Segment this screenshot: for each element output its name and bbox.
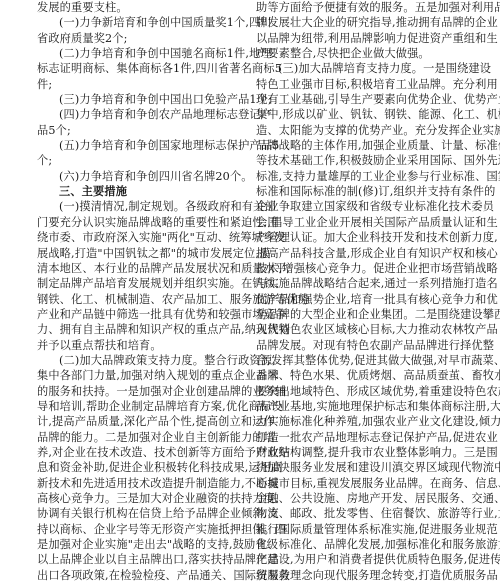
text-line: 门要充分认识实施品牌战略的重要性和紧迫性,围 bbox=[37, 215, 238, 230]
text-line: 产要素整合,尽快把企业做大做强。 bbox=[256, 46, 457, 61]
text-line: 养,对企业在技术改造、技术创新等方面给予财政贴 bbox=[37, 445, 238, 460]
text-line: 合,发挥其整体优势,促进其做大做强,对早市蔬菜、 bbox=[256, 353, 457, 368]
text-line: 协调有关银行机构在信贷上给予品牌企业倾斜,支 bbox=[37, 506, 238, 521]
text-line: 计,提高产品质量,深化产品个性,提高创立和运作 bbox=[37, 414, 238, 429]
text-line: 息和资金补助,促进企业积极转化科技成果,运用高 bbox=[37, 460, 238, 475]
text-line: 标准,支持力量雄厚的工业企业参与行业标准、国家 bbox=[256, 169, 457, 184]
text-line: 与实施品牌战略结合起来,通过一系列措施打造名 bbox=[256, 276, 457, 291]
text-line: 产业结构调整,提升我市农业整体影响力。三是围 bbox=[256, 445, 457, 460]
text-line: 以上品牌企业以自主品牌出口,落实扶持品牌产品 bbox=[37, 552, 238, 567]
text-line: 产管理认证。加大企业科技开发和技术创新力度, bbox=[256, 230, 457, 245]
document-page: 发展的重要支柱。(一)力争新培育和争创中国质量奖1个,四川省政府质量奖2个;(二… bbox=[0, 0, 500, 587]
text-line: 企业争取建立国家级和省级专业标准化技术委员 bbox=[256, 199, 457, 214]
left-text-column: 发展的重要支柱。(一)力争新培育和争创中国质量奖1个,四川省政府质量奖2个;(二… bbox=[37, 0, 238, 583]
text-line: 统服务理念向现代服务理念转变,打造优质服务品 bbox=[256, 568, 457, 583]
text-line: 打造一批农产品地理标志登记保护产品,促进农业 bbox=[256, 430, 457, 445]
section-heading: 三、主要措施 bbox=[37, 184, 238, 199]
text-line: 集中各部门力量,加强对纳入规划的重点企业品牌 bbox=[37, 368, 238, 383]
text-line: 要突出地域特色、形成区域优势,着重建设特色农产 bbox=[256, 384, 457, 399]
text-line: 高核心竞争力。三是加大对企业融资的扶持力度, bbox=[37, 491, 238, 506]
text-line: 出口各项政策,在检验检疫、产品通关、国际贸易救 bbox=[37, 568, 238, 583]
text-line: 的服务和扶持。一是加强对企业创建品牌的业务辅 bbox=[37, 384, 238, 399]
text-line: (一)力争新培育和争创中国质量奖1个,四川 bbox=[37, 15, 238, 30]
text-line: 持以商标、企业字号等无形资产实施抵押担保。四 bbox=[37, 522, 238, 537]
text-line: (三)力争培育和争创中国出口免验产品1个; bbox=[37, 92, 238, 107]
text-line: 品牌发展。对现有特色农副产品品牌进行择优整 bbox=[256, 338, 457, 353]
text-line: 力、拥有自主品牌和知识产权的重点产品,纳入规划 bbox=[37, 322, 238, 337]
text-line: 品产业基地,实施地理保护标志和集体商标注册,大 bbox=[256, 399, 457, 414]
text-line: 香米、特色水果、优质烤烟、高品质蚕茧、畜牧水产品 bbox=[256, 368, 457, 383]
text-line: (五)力争培育和争创国家地理标志保护产品5 bbox=[37, 138, 238, 153]
text-line: 优产品和强势企业,培育一批具有核心竞争力和优 bbox=[256, 292, 457, 307]
text-line: 力实施标准化种养殖,加强农业产业文化建设,倾力 bbox=[256, 414, 457, 429]
text-line: (二)加大品牌政策支持力度。整合行政资源, bbox=[37, 353, 238, 368]
text-line: 标志证明商标、集体商标各1件,四川省著名商标5 bbox=[37, 61, 238, 76]
text-line: 制定品牌产品培育发展规划并组织实施。在钒钛、 bbox=[37, 276, 238, 291]
text-line: 技术,增强核心竞争力。促进企业把市场营销战略 bbox=[256, 261, 457, 276]
text-line: 牌发展壮大企业的研究指导,推动拥有品牌的企业 bbox=[256, 15, 457, 30]
text-line: 现代特色农业区域核心目标,大力推动农林牧产品 bbox=[256, 322, 457, 337]
text-line: (四)力争培育和争创农产品地理标志登记产 bbox=[37, 107, 238, 122]
text-line: 特色工业强市目标,积极培育工业品牌。充分利用 bbox=[256, 77, 457, 92]
text-line: 导和培训,帮助企业制定品牌培育方案,优化商标设 bbox=[37, 399, 238, 414]
text-line: 新技术和先进适用技术改造提升制造能力,不断提 bbox=[37, 476, 238, 491]
text-line: 品5个; bbox=[37, 123, 238, 138]
text-line: 件; bbox=[37, 77, 238, 92]
text-line: 助等方面给予便捷有效的服务。五是加强对利用品 bbox=[256, 0, 457, 15]
right-text-column: 助等方面给予便捷有效的服务。五是加强对利用品牌发展壮大企业的研究指导,推动拥有品… bbox=[256, 0, 457, 583]
text-line: 集中,形成以矿业、钒钛、钢铁、能源、化工、机械制 bbox=[256, 107, 457, 122]
text-line: 绕市委、市政府深入实施"两化"互动、统筹城乡发 bbox=[37, 230, 238, 245]
text-line: 清本地区、本行业的品牌产品发展状况和质量水平, bbox=[37, 261, 238, 276]
text-line: 势品牌的大型企业和企业集团。二是围绕建设攀西 bbox=[256, 307, 457, 322]
text-line: 化建设,为用户和消费者提供优质特色服务,促进传 bbox=[256, 552, 457, 567]
text-line: (二)力争培育和争创中国驰名商标1件,地理 bbox=[37, 46, 238, 61]
text-line: 推行国际质量管理体系标准实施,促进服务业规范 bbox=[256, 522, 457, 537]
text-line: 钢铁、化工、机械制造、农产品加工、服务旅游等优势 bbox=[37, 292, 238, 307]
text-line: 品牌的能力。二是加强对企业自主创新能力的培 bbox=[37, 430, 238, 445]
text-line: (六)力争培育和争创四川省名牌20个。 bbox=[37, 169, 238, 184]
text-line: 个; bbox=[37, 153, 238, 168]
text-line: 省政府质量奖2个; bbox=[37, 31, 238, 46]
text-line: 现有工业基础,引导生产要素向优势企业、优势产业 bbox=[256, 92, 457, 107]
text-line: 提高产品科技含量,形成企业自有知识产权和核心 bbox=[256, 246, 457, 261]
text-line: 心城市目标,重视发展服务业品牌。在商务、信息、 bbox=[256, 476, 457, 491]
text-line: 以品牌为纽带,利用品牌影响力促进资产重组和生 bbox=[256, 31, 457, 46]
text-line: 物流、邮政、批发零售、住宿餐饮、旅游等行业,大力 bbox=[256, 506, 457, 521]
text-line: 是加强对企业实施"走出去"战略的支持,鼓励省级 bbox=[37, 537, 238, 552]
text-line: 金融、公共设施、房地产开发、居民服务、交通、现代 bbox=[256, 491, 457, 506]
text-line: 造、太阳能为支撑的优势产业。充分发挥企业实施 bbox=[256, 123, 457, 138]
text-line: 产业和产品链中筛选一批具有优势和较强市场竞争 bbox=[37, 307, 238, 322]
text-line: 并予以重点帮扶和培育。 bbox=[37, 338, 238, 353]
text-line: 标准和国际标准的制(修)订,组织并支持有条件的 bbox=[256, 184, 457, 199]
text-line: 发展的重要支柱。 bbox=[37, 0, 238, 15]
text-line: 展战略,打造"中国钒钛之都"的城市发展定位,摸 bbox=[37, 246, 238, 261]
text-line: 会,倡导工业企业开展相关国际产品质量认证和生 bbox=[256, 215, 457, 230]
text-line: 品牌战略的主体作用,加强企业质量、计量、标准化 bbox=[256, 138, 457, 153]
text-line: (三)加大品牌培育支持力度。一是围绕建设 bbox=[256, 61, 457, 76]
text-line: 绕加快服务业发展和建设川滇交界区域现代物流中 bbox=[256, 460, 457, 475]
text-line: 化、标准化、品牌化发展,加强标准化和服务旅游文 bbox=[256, 537, 457, 552]
text-line: 等技术基础工作,积极鼓励企业采用国际、国外先进 bbox=[256, 153, 457, 168]
text-line: (一)摸清情况,制定规划。各级政府和有关部 bbox=[37, 199, 238, 214]
